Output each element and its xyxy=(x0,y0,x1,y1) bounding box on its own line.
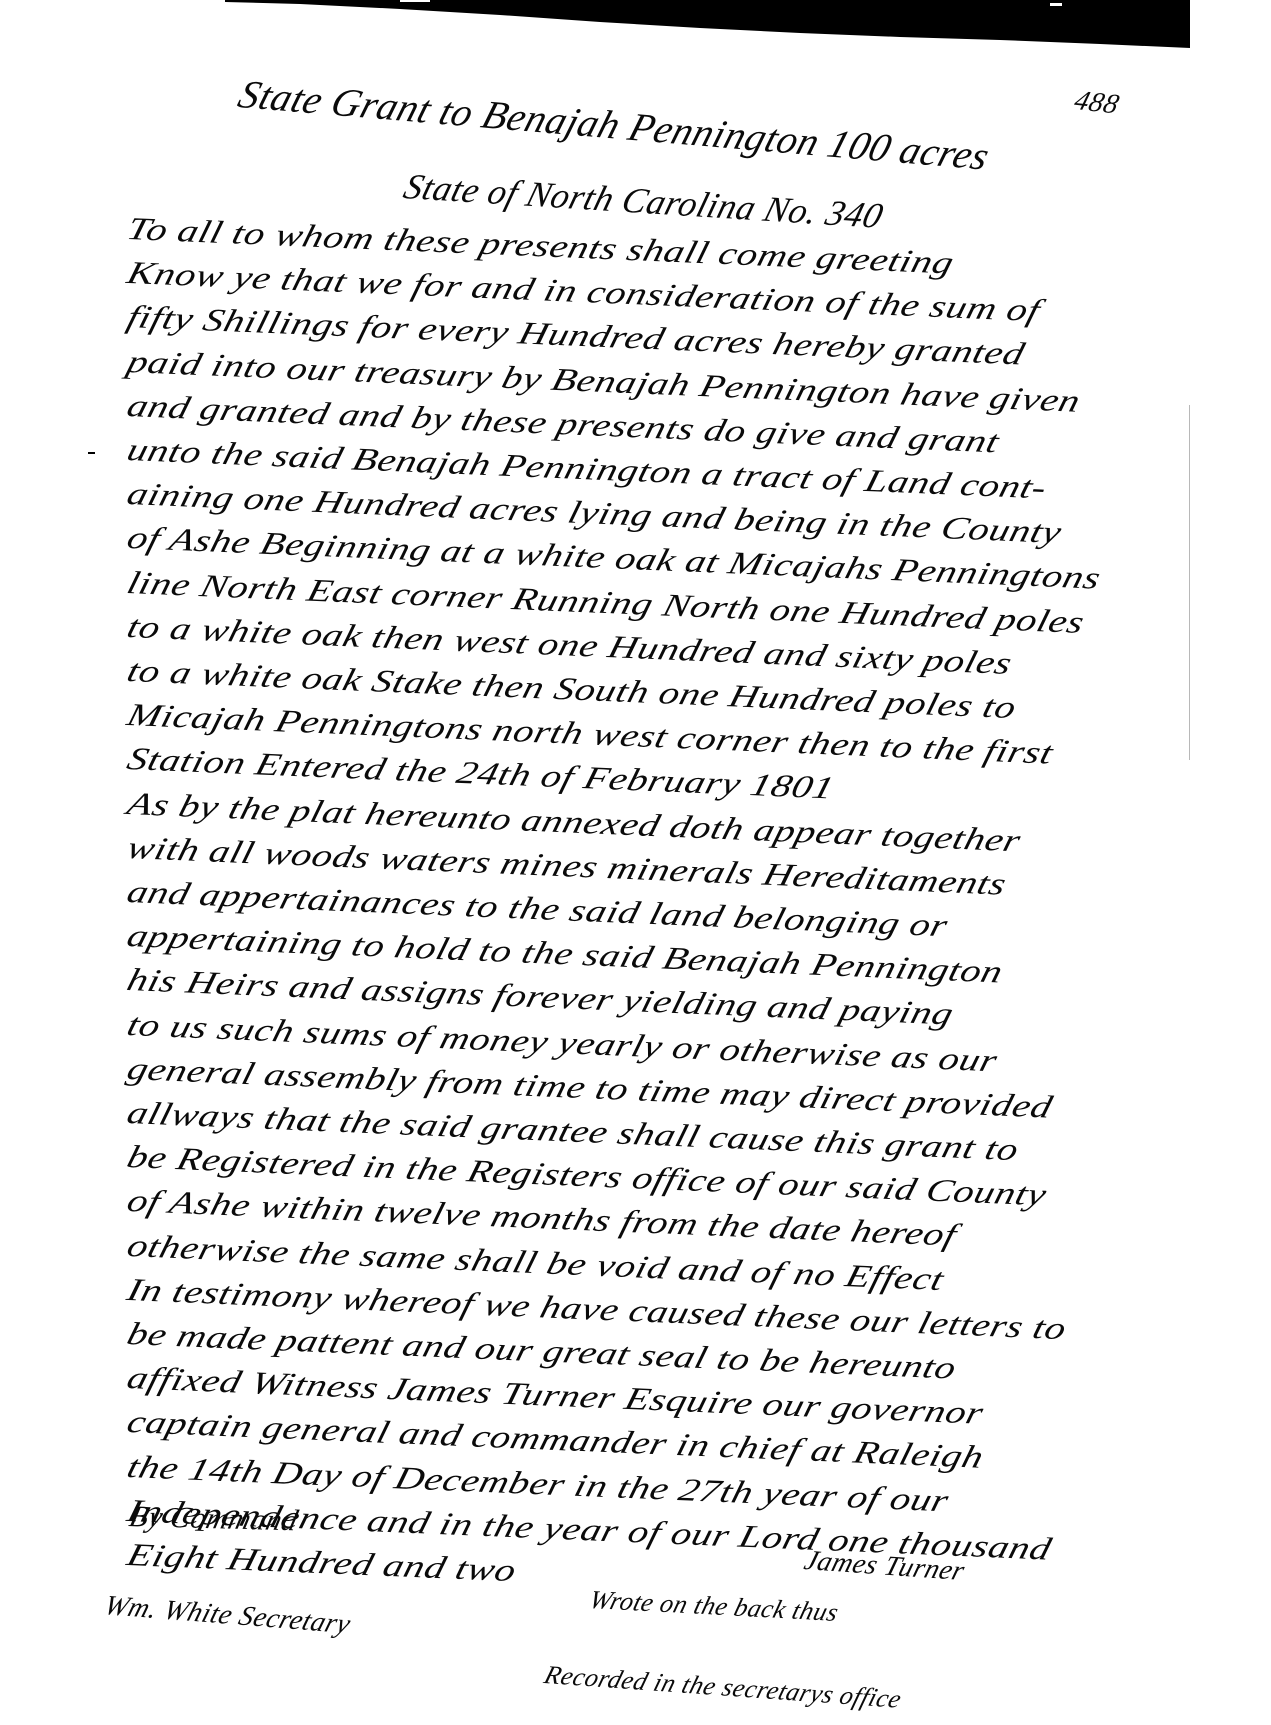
page-number: 488 xyxy=(1071,85,1123,121)
document-title: State Grant to Benajah Pennington 100 ac… xyxy=(233,71,995,180)
page-edge-line xyxy=(1189,405,1190,760)
grant-text-line: Eight Hundred and two xyxy=(123,1536,520,1589)
scan-dark-edge xyxy=(0,0,1271,60)
recorded-note-text: Recorded in the secretarys office xyxy=(541,1660,905,1714)
margin-mark xyxy=(88,452,95,454)
secretary-signature: Wm. White Secretary xyxy=(100,1590,354,1641)
by-command-text: By Command xyxy=(126,1500,302,1538)
back-note-text: Wrote on the back thus xyxy=(586,1585,842,1628)
